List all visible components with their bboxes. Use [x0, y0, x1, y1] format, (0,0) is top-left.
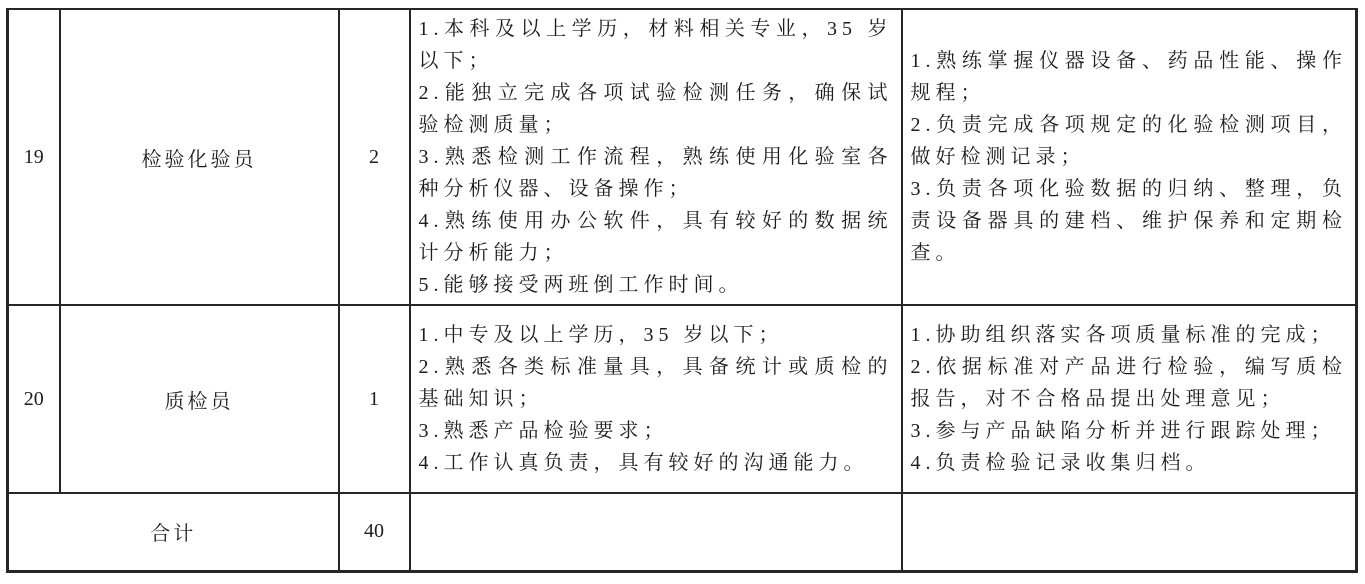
table-row-19: 19 检验化验员 2 1.本科及以上学历，材料相关专业，35 岁以下； 2.能独…: [8, 9, 1357, 305]
requirement-item: 2.能独立完成各项试验检测任务，确保试验检测质量；: [419, 77, 893, 141]
position-name-cell: 质检员: [60, 305, 339, 493]
requirement-item: 3.熟悉产品检验要求；: [419, 415, 893, 447]
duty-item: 4.负责检验记录收集归档。: [911, 447, 1348, 479]
requirements-cell: 1.本科及以上学历，材料相关专业，35 岁以下； 2.能独立完成各项试验检测任务…: [410, 9, 902, 305]
duty-item: 1.协助组织落实各项质量标准的完成；: [911, 319, 1348, 351]
recruitment-table-page: 19 检验化验员 2 1.本科及以上学历，材料相关专业，35 岁以下； 2.能独…: [0, 0, 1365, 584]
requirement-item: 1.本科及以上学历，材料相关专业，35 岁以下；: [419, 13, 893, 77]
headcount-cell: 2: [339, 9, 410, 305]
recruitment-table: 19 检验化验员 2 1.本科及以上学历，材料相关专业，35 岁以下； 2.能独…: [6, 8, 1358, 573]
requirements-cell: 1.中专及以上学历，35 岁以下； 2.熟悉各类标准量具，具备统计或质检的基础知…: [410, 305, 902, 493]
duties-cell: 1.协助组织落实各项质量标准的完成； 2.依据标准对产品进行检验，编写质检报告，…: [902, 305, 1357, 493]
total-headcount-cell: 40: [339, 493, 410, 571]
headcount-cell: 1: [339, 305, 410, 493]
duty-item: 1.熟练掌握仪器设备、药品性能、操作规程；: [911, 45, 1348, 109]
duty-item: 3.参与产品缺陷分析并进行跟踪处理；: [911, 415, 1348, 447]
total-label-cell: 合计: [8, 493, 339, 571]
duty-item: 2.负责完成各项规定的化验检测项目，做好检测记录；: [911, 109, 1348, 173]
empty-requirements-cell: [410, 493, 902, 571]
row-number-cell: 19: [8, 9, 60, 305]
requirement-item: 3.熟悉检测工作流程，熟练使用化验室各种分析仪器、设备操作；: [419, 141, 893, 205]
row-number-cell: 20: [8, 305, 60, 493]
duty-item: 2.依据标准对产品进行检验，编写质检报告，对不合格品提出处理意见；: [911, 351, 1348, 415]
table-row-20: 20 质检员 1 1.中专及以上学历，35 岁以下； 2.熟悉各类标准量具，具备…: [8, 305, 1357, 493]
table-row-total: 合计 40: [8, 493, 1357, 571]
position-name-cell: 检验化验员: [60, 9, 339, 305]
requirement-item: 2.熟悉各类标准量具，具备统计或质检的基础知识；: [419, 351, 893, 415]
requirement-item: 4.工作认真负责，具有较好的沟通能力。: [419, 447, 893, 479]
duty-item: 3.负责各项化验数据的归纳、整理，负责设备器具的建档、维护保养和定期检查。: [911, 173, 1348, 269]
empty-duties-cell: [902, 493, 1357, 571]
duties-cell: 1.熟练掌握仪器设备、药品性能、操作规程； 2.负责完成各项规定的化验检测项目，…: [902, 9, 1357, 305]
requirement-item: 5.能够接受两班倒工作时间。: [419, 269, 893, 301]
requirement-item: 1.中专及以上学历，35 岁以下；: [419, 319, 893, 351]
requirement-item: 4.熟练使用办公软件，具有较好的数据统计分析能力；: [419, 205, 893, 269]
